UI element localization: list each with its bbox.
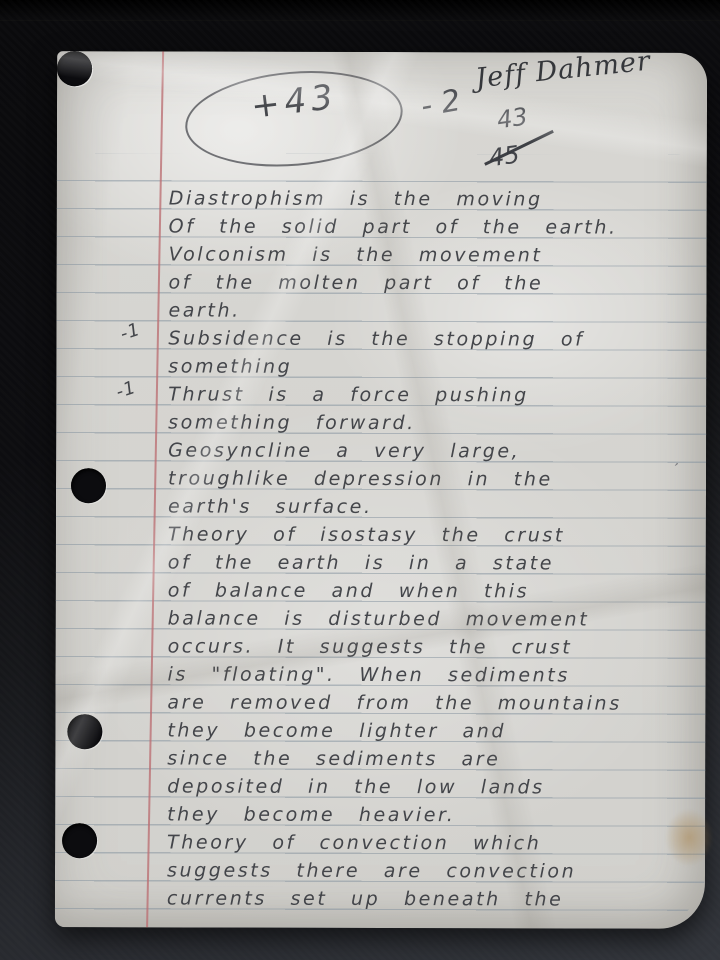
handwritten-line: Theory of isostasy the crust	[168, 517, 700, 546]
punch-hole	[71, 468, 106, 503]
handwritten-line: since the sediments are	[167, 741, 699, 770]
handwritten-line: of the molten part of the	[169, 265, 701, 294]
score-fraction: 43 45	[485, 104, 571, 180]
punch-hole	[62, 823, 97, 858]
student-name: Jeff Dahmer	[474, 46, 652, 95]
deduction-mark: - 2	[418, 83, 463, 124]
handwritten-line: Volconism is the movement	[169, 237, 701, 266]
handwritten-line: suggests there are convection	[167, 853, 699, 882]
notebook-page: Jeff Dahmer +43 - 2 43 45 -1 -1 Diastrop…	[55, 51, 707, 929]
handwritten-line: something	[168, 349, 700, 378]
desk-seam	[0, 0, 720, 21]
paper-stain	[665, 809, 713, 867]
handwritten-line: of the earth is in a state	[168, 545, 700, 574]
handwritten-line: are removed from the mountains	[167, 685, 699, 714]
handwritten-line: earth.	[168, 293, 700, 322]
punch-hole	[57, 51, 92, 86]
handwritten-line: Thrust is a force pushing	[168, 377, 700, 406]
handwritten-line: balance is disturbed movement	[168, 601, 700, 630]
handwritten-line: they become lighter and	[167, 713, 699, 742]
handwritten-line: occurs. It suggests the crust	[168, 629, 700, 658]
handwritten-line: something forward.	[168, 405, 700, 434]
handwritten-line: Subsidence is the stopping of	[168, 321, 700, 350]
handwritten-line: is "floating". When sediments	[167, 657, 699, 686]
score-numerator: 43	[495, 102, 529, 134]
score-denominator: 45	[487, 140, 521, 172]
handwritten-line: they become heavier.	[167, 797, 699, 826]
handwritten-line: Diastrophism is the moving	[169, 181, 701, 210]
photo-of-notebook-page: Jeff Dahmer +43 - 2 43 45 -1 -1 Diastrop…	[0, 0, 720, 960]
handwritten-line: Geosyncline a very large,	[168, 433, 700, 462]
handwritten-notes: Diastrophism is the movingOf the solid p…	[167, 181, 701, 910]
handwritten-line: troughlike depression in the	[168, 461, 700, 490]
handwritten-line: currents set up beneath the	[167, 881, 699, 910]
handwritten-line: deposited in the low lands	[167, 769, 699, 798]
handwritten-line: of balance and when this	[168, 573, 700, 602]
punch-hole	[67, 714, 102, 749]
handwritten-line: Of the solid part of the earth.	[169, 209, 701, 238]
handwritten-line: Theory of convection which	[167, 825, 699, 854]
handwritten-line: earth's surface.	[168, 489, 700, 518]
